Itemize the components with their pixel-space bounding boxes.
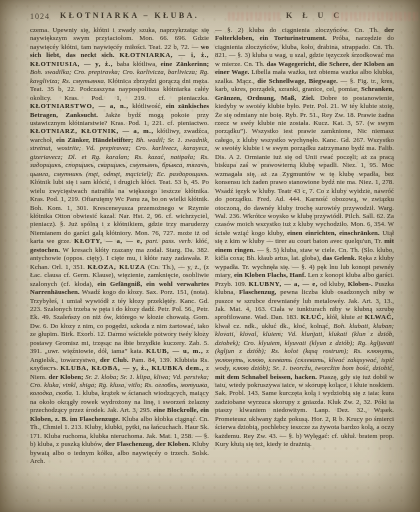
text-segment: od kluby, — [320, 281, 346, 288]
ink-bleed-smudge-left — [226, 12, 282, 21]
text-segment: KLUBNY, — a, — e, — [249, 281, 318, 288]
text-segment: KŁOTNIARZ, KŁOTNIK, — a, m., — [30, 128, 154, 135]
text-segment: kłół, kłuie — [326, 314, 354, 321]
text-segment: et — [357, 314, 362, 321]
text-segment: der Kloben; — [49, 374, 84, 381]
text-segment: eine Zänkerinn; — [161, 61, 209, 68]
book-page: 1024 KŁOTNIARKA – KŁUBA. K Ł U C czema. … — [0, 0, 420, 512]
page-number: 1024 — [30, 12, 50, 21]
text-segment: KLUB, — u, m., — [146, 348, 203, 355]
text-segment: gestochen. — [30, 247, 60, 254]
text-segment: part. pass. verb. — [146, 238, 193, 245]
text-segment: baba kłótliwa, — [117, 61, 157, 68]
text-segment: Kłótnik lubi się i sam kłócić, i drugich… — [30, 179, 209, 245]
text-segment: KŁOTY, — a, — e, — [74, 238, 142, 245]
text-segment: der Club. — [100, 357, 129, 364]
text-segment: das Gelenk. — [322, 255, 356, 262]
text-segment: KŁOZA, KLUZA — [87, 264, 145, 271]
text-segment: der Flaschenzug, der Kloben. — [105, 441, 190, 448]
text-segment: czema. Upewniy się, kłótni i zwady szuka… — [30, 27, 209, 51]
text-segment: KŁOTNIARSTWO, — a, n., — [30, 103, 129, 110]
text-segment: Wsadź kogo do kłozy. Sax. Porz. 151, (no… — [30, 289, 209, 355]
running-head-right: K Ł U C — [286, 11, 343, 20]
text-segment: Flaschenzug, — [239, 289, 276, 296]
running-head-left: KŁOTNIARKA – KŁUBA. — [60, 11, 199, 20]
text-segment: KŁUĆ, — [301, 314, 324, 321]
text-segment: einen einrichten, einschränken. — [287, 230, 379, 237]
text-segment: KLUBA, KŁOBA, — y, ż., KLUBKA dem., — [60, 365, 203, 372]
text-segment: ein Kloben Flachs, Hanf. — [234, 272, 306, 279]
text-segment: klwał cz. ndk., ukłuć dk., kłoć, kolnąć, — [215, 323, 330, 330]
left-column: czema. Upewniy się, kłótni i zwady szuka… — [30, 27, 209, 479]
text-segment: Dobre to postanowienie, kiedyby w swoiéy… — [215, 95, 394, 237]
text-segment: Kloben-. — [348, 281, 373, 288]
text-segment: mit dem Schnabel beissen, hacken. — [215, 374, 317, 381]
text-segment: ein Zänker, Händelstifter; — [56, 137, 133, 144]
text-segment: kłótliwość, — [132, 103, 162, 110]
right-column: — §. 2) kluba do ciągnienia złoczyńców. … — [215, 27, 394, 479]
text-segment: — §. 2) kluba do ciągnienia złoczyńców. … — [215, 27, 379, 34]
text-segment: Boh. klubati, kluban; klovati, kloval, k… — [215, 323, 394, 372]
text-columns: czema. Upewniy się, kłótni i zwady szuka… — [30, 27, 394, 479]
ink-bleed-smudge-right — [330, 12, 418, 21]
text-segment: kłóć, — [196, 238, 209, 245]
text-segment: Ptaszę, gdy się iuż dobił w iaiu, wtedy … — [215, 374, 394, 440]
text-segment: KLWAĆ, — [365, 314, 394, 321]
text-segment: die Schnellwage, Biegwage. — [257, 78, 337, 85]
page-header: 1024 KŁOTNIARKA – KŁUBA. K Ł U C — [30, 10, 394, 23]
